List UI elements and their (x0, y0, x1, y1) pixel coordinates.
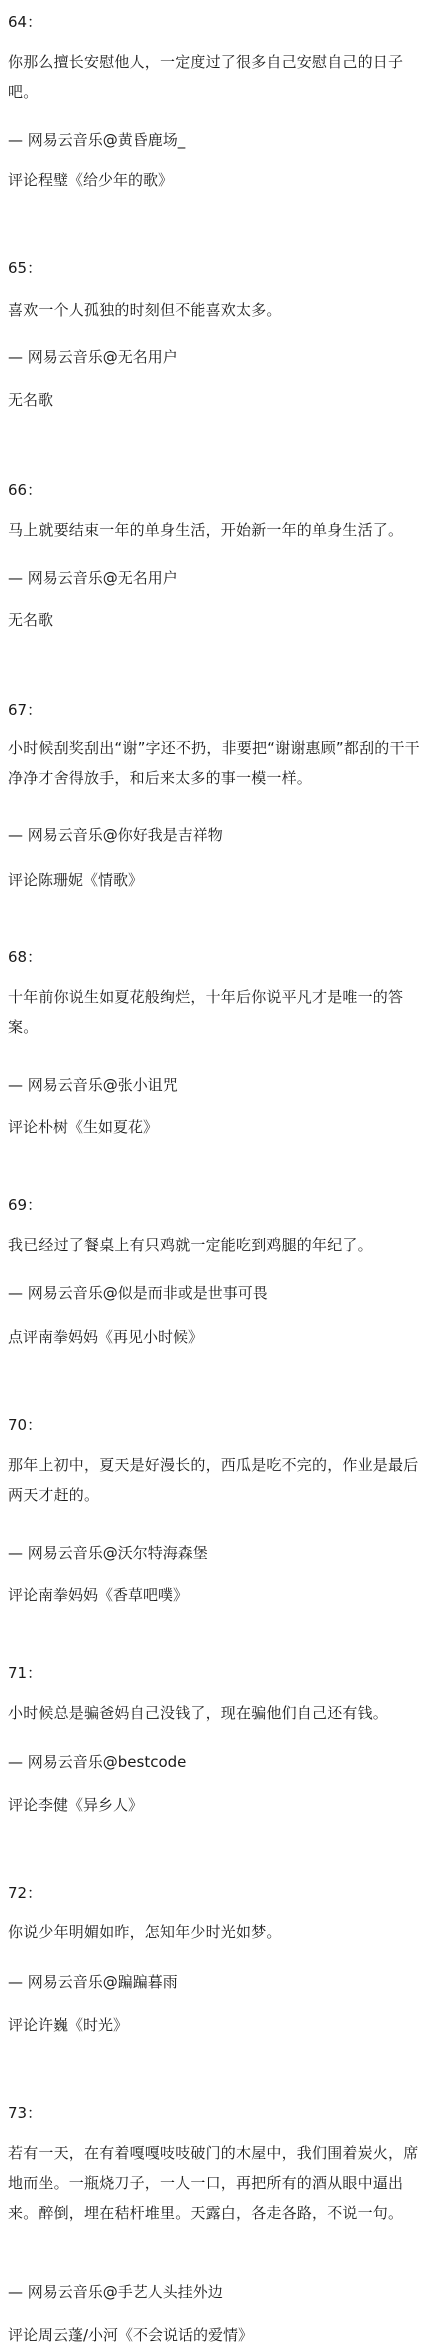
comment-text: 小时候总是骗爸妈自己没钱了，现在骗他们自己还有钱。 (8, 1698, 428, 1728)
entry-number: 71： (8, 1663, 42, 1683)
song-source: 评论李健《异乡人》 (8, 1795, 143, 1815)
song-source: 评论程璧《给少年的歌》 (8, 170, 173, 190)
comment-author: — 网易云音乐@无名用户 (8, 568, 178, 588)
song-source: 评论周云蓬/小河《不会说话的爱情》 (8, 2325, 253, 2345)
comment-text: 你那么擅长安慰他人，一定度过了很多自己安慰自己的日子吧。 (8, 47, 428, 107)
comment-text: 我已经过了餐桌上有只鸡就一定能吃到鸡腿的年纪了。 (8, 1230, 428, 1260)
song-source: 无名歌 (8, 390, 53, 410)
comment-author: — 网易云音乐@无名用户 (8, 347, 178, 367)
comment-author: — 网易云音乐@手艺人头挂外边 (8, 2282, 223, 2302)
comment-text: 十年前你说生如夏花般绚烂，十年后你说平凡才是唯一的答案。 (8, 982, 428, 1042)
song-source: 评论许巍《时光》 (8, 2015, 128, 2035)
comment-text: 马上就要结束一年的单身生活，开始新一年的单身生活了。 (8, 515, 428, 545)
entry-number: 64： (8, 12, 42, 32)
comment-text: 小时候刮奖刮出“谢”字还不扔，非要把“谢谢惠顾”都刮的干干净净才舍得放手，和后来… (8, 733, 428, 793)
entry-number: 68： (8, 947, 42, 967)
song-source: 无名歌 (8, 610, 53, 630)
comment-text: 你说少年明媚如昨，怎知年少时光如梦。 (8, 1917, 428, 1947)
comment-author: — 网易云音乐@蹁蹁暮雨 (8, 1972, 178, 1992)
entry-number: 69： (8, 1195, 42, 1215)
song-source: 评论朴树《生如夏花》 (8, 1117, 158, 1137)
song-source: 评论南拳妈妈《香草吧噗》 (8, 1585, 188, 1605)
comment-author: — 网易云音乐@似是而非或是世事可畏 (8, 1283, 268, 1303)
entry-number: 65： (8, 258, 42, 278)
comment-author: — 网易云音乐@沃尔特海森堡 (8, 1543, 208, 1563)
entry-number: 70： (8, 1415, 42, 1435)
entry-number: 73： (8, 2103, 42, 2123)
song-source: 点评南拳妈妈《再见小时候》 (8, 1327, 203, 1347)
comment-author: — 网易云音乐@张小诅咒 (8, 1075, 178, 1095)
entry-number: 66： (8, 480, 42, 500)
comment-text: 那年上初中，夏天是好漫长的，西瓜是吃不完的，作业是最后两天才赶的。 (8, 1450, 428, 1510)
entry-number: 67： (8, 700, 42, 720)
comment-text: 喜欢一个人孤独的时刻但不能喜欢太多。 (8, 295, 428, 325)
entry-number: 72： (8, 1883, 42, 1903)
comment-author: — 网易云音乐@你好我是吉祥物 (8, 825, 223, 845)
comment-author: — 网易云音乐@黄昏鹿场_ (8, 130, 185, 150)
comment-author: — 网易云音乐@bestcode (8, 1752, 186, 1772)
comment-text: 若有一天，在有着嘎嘎吱吱破门的木屋中，我们围着炭火，席地而坐。一瓶烧刀子，一人一… (8, 2138, 428, 2228)
song-source: 评论陈珊妮《情歌》 (8, 870, 143, 890)
